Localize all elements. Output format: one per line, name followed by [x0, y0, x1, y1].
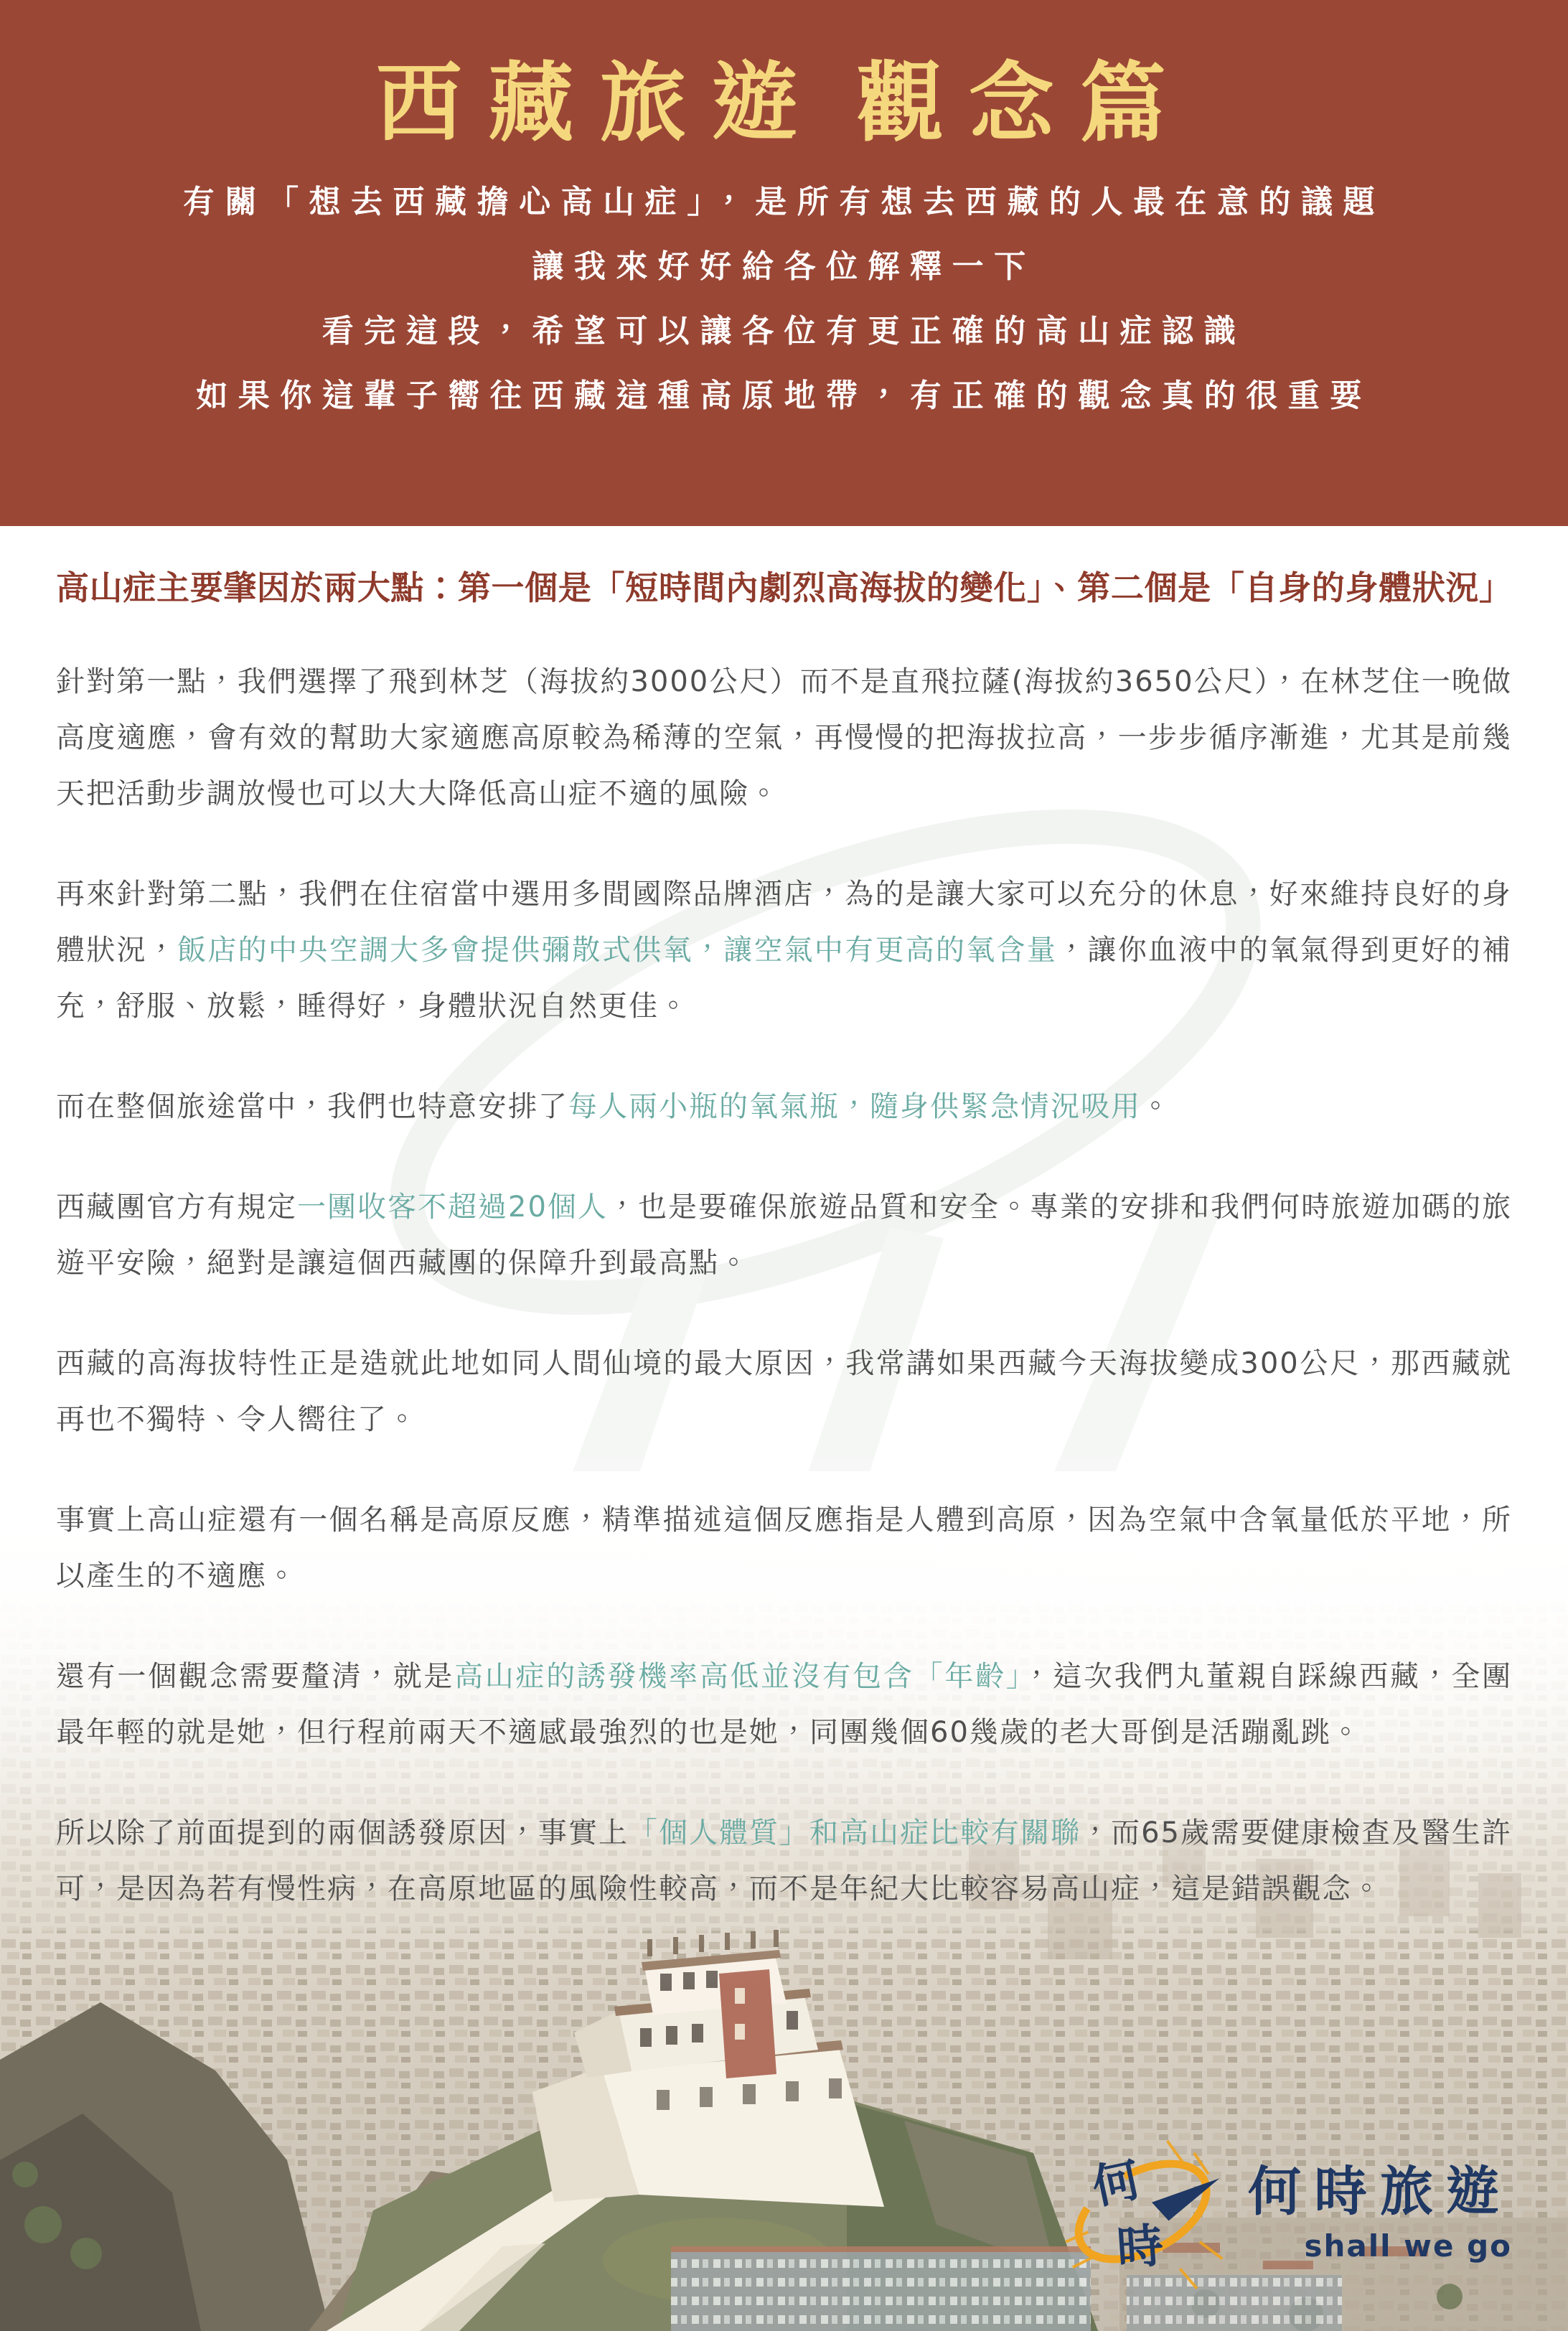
highlight-segment: 飯店的中央空調大多會提供彌散式供氧，讓空氣中有更高的氧含量 [177, 934, 1057, 967]
text-segment: 所以除了前面提到的兩個誘發原因，事實上 [56, 1816, 629, 1849]
highlight-segment: 每人兩小瓶的氧氣瓶，隨身供緊急情況吸用 [568, 1090, 1141, 1123]
paragraph-3: 而在整個旅途當中，我們也特意安排了每人兩小瓶的氧氣瓶，隨身供緊急情況吸用。 [56, 1079, 1512, 1135]
page-title-part2: 觀念篇 [856, 52, 1192, 154]
text-segment: 事實上高山症還有一個名稱是高原反應，精準描述這個反應指是人體到高原，因為空氣中含… [56, 1504, 1512, 1593]
header-banner: 西藏旅遊觀念篇 有關「想去西藏擔心高山症」，是所有想去西藏的人最在意的議題 讓我… [0, 0, 1568, 526]
page-title-part1: 西藏旅遊 [376, 52, 824, 154]
text-segment: 而在整個旅途當中，我們也特意安排了 [56, 1090, 568, 1123]
paragraph-7: 還有一個觀念需要釐清，就是高山症的誘發機率高低並沒有包含「年齡」，這次我們丸董親… [56, 1648, 1512, 1760]
paragraph-1: 針對第一點，我們選擇了飛到林芝（海拔約3000公尺）而不是直飛拉薩(海拔約365… [56, 654, 1512, 822]
page-title: 西藏旅遊觀念篇 [0, 0, 1568, 146]
footer-logo: 何 時 何時旅遊 shall we go [1061, 2137, 1512, 2289]
paragraph-2: 再來針對第二點，我們在住宿當中選用多間國際品牌酒店，為的是讓大家可以充分的休息，… [56, 866, 1512, 1034]
paragraph-4: 西藏團官方有規定一團收客不超過20個人，也是要確保旅遊品質和安全。專業的安排和我… [56, 1179, 1512, 1291]
paragraph-6: 事實上高山症還有一個名稱是高原反應，精準描述這個反應指是人體到高原，因為空氣中含… [56, 1492, 1512, 1604]
text-segment: 針對第一點，我們選擇了飛到林芝（海拔約3000公尺）而不是直飛拉薩(海拔約365… [56, 665, 1512, 810]
highlight-segment: 高山症的誘發機率高低並沒有包含「年齡」 [454, 1660, 1022, 1693]
subtitle-line-3: 看完這段，希望可以讓各位有更正確的高山症認識 [0, 316, 1568, 347]
text-segment: 西藏團官方有規定 [56, 1191, 297, 1224]
shallwego-logo-icon: 何 時 [1061, 2137, 1238, 2289]
subtitle-line-4: 如果你這輩子嚮往西藏這種高原地帶，有正確的觀念真的很重要 [0, 380, 1568, 412]
logo-pointer-shape [1152, 2178, 1219, 2220]
subtitle-line-2: 讓我來好好給各位解釋一下 [0, 251, 1568, 283]
highlight-segment: 一團收客不超過20個人 [297, 1191, 608, 1224]
paragraph-5: 西藏的高海拔特性正是造就此地如同人間仙境的最大原因，我常講如果西藏今天海拔變成3… [56, 1336, 1512, 1448]
text-segment: 還有一個觀念需要釐清，就是 [56, 1660, 454, 1693]
article-content: 高山症主要肇因於兩大點：第一個是「短時間內劇烈高海拔的變化」、第二個是「自身的身… [56, 526, 1512, 1917]
logo-char-top: 何 [1088, 2152, 1145, 2215]
paragraph-8: 所以除了前面提到的兩個誘發原因，事實上「個人體質」和高山症比較有關聯，而65歲需… [56, 1805, 1512, 1917]
brand-name-cn: 何時旅遊 [1248, 2165, 1512, 2218]
brand-name-en: shall we go [1305, 2231, 1512, 2261]
subtitle-line-1: 有關「想去西藏擔心高山症」，是所有想去西藏的人最在意的議題 [0, 187, 1568, 218]
header-subtitles: 有關「想去西藏擔心高山症」，是所有想去西藏的人最在意的議題 讓我來好好給各位解釋… [0, 187, 1568, 412]
brand-text-block: 何時旅遊 shall we go [1248, 2165, 1512, 2261]
highlight-segment: 「個人體質」和高山症比較有關聯 [629, 1816, 1081, 1849]
text-segment: 西藏的高海拔特性正是造就此地如同人間仙境的最大原因，我常講如果西藏今天海拔變成3… [56, 1347, 1512, 1436]
lead-heading: 高山症主要肇因於兩大點：第一個是「短時間內劇烈高海拔的變化」、第二個是「自身的身… [56, 568, 1512, 609]
text-segment: 。 [1141, 1090, 1171, 1123]
logo-char-bottom: 時 [1115, 2219, 1165, 2276]
